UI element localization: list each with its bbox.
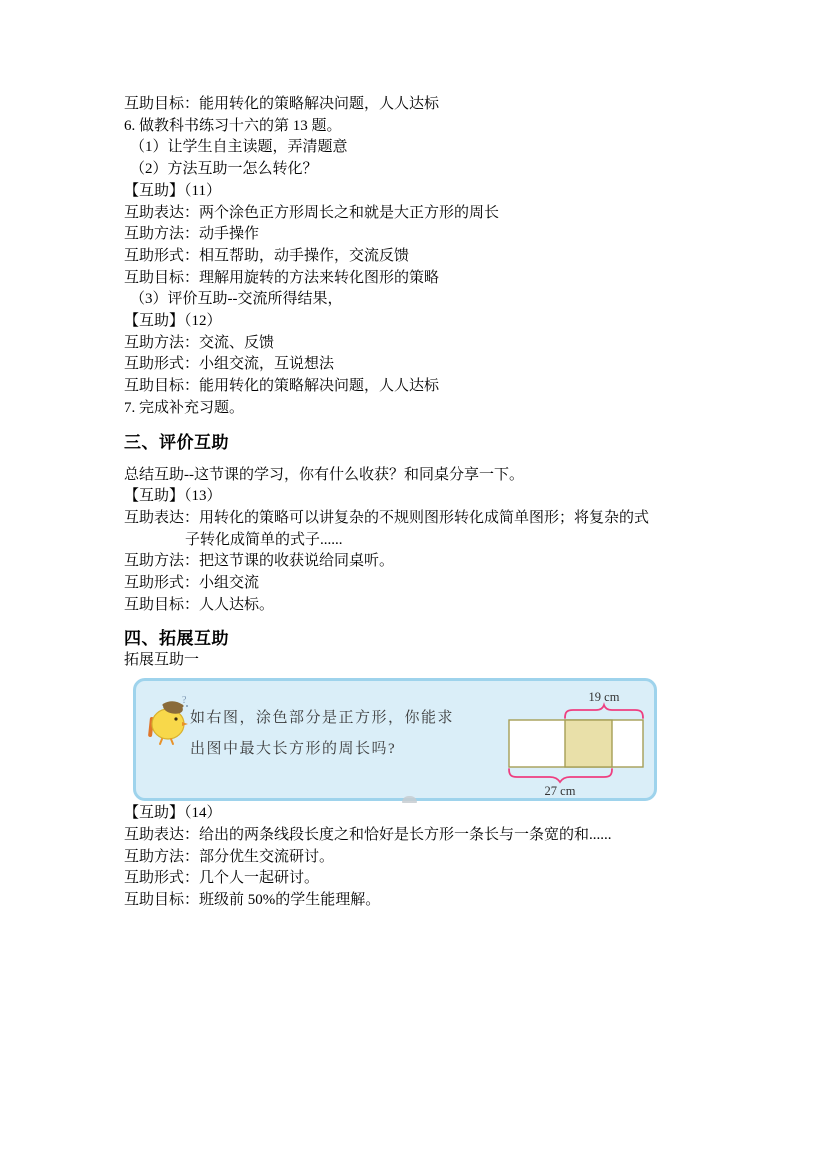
doc-line: 互助表达：用转化的策略可以讲复杂的不规则图形转化成简单图形；将复杂的式 xyxy=(124,508,710,530)
doc-line: 子转化成简单的式子...... xyxy=(124,530,710,552)
doc-line: 互助目标：能用转化的策略解决问题，人人达标 xyxy=(124,376,710,398)
document-page: 互助目标：能用转化的策略解决问题，人人达标6. 做教科书练习十六的第 13 题。… xyxy=(0,0,827,1170)
doc-line: 【互助】（11） xyxy=(124,181,710,203)
doc-line: （2）方法互助一怎么转化？ xyxy=(124,159,710,181)
figure-question-line2: 出图中最大长方形的周长吗? xyxy=(190,734,454,765)
doc-line: 6. 做教科书练习十六的第 13 题。 xyxy=(124,116,710,138)
section-heading: 四、拓展互助 xyxy=(124,628,710,650)
document-body: 互助目标：能用转化的策略解决问题，人人达标6. 做教科书练习十六的第 13 题。… xyxy=(124,94,710,912)
doc-line: 互助形式：相互帮助，动手操作，交流反馈 xyxy=(124,246,710,268)
scan-smudge xyxy=(402,796,417,803)
rectangle-diagram: 19 cm 27 cm xyxy=(508,687,648,799)
doc-line: 互助形式：几个人一起研讨。 xyxy=(124,868,710,890)
doc-line: 互助目标：能用转化的策略解决问题，人人达标 xyxy=(124,94,710,116)
bottom-dimension-label: 27 cm xyxy=(545,784,576,798)
section-heading: 三、评价互助 xyxy=(124,432,710,454)
doc-line: 【互助】（13） xyxy=(124,486,710,508)
figure-question: 如右图，涂色部分是正方形，你能求 出图中最大长方形的周长吗? xyxy=(190,703,454,765)
top-brace xyxy=(565,705,643,718)
doc-line: 互助形式：小组交流，互说想法 xyxy=(124,354,710,376)
svg-text:?: ? xyxy=(182,695,187,706)
doc-line: （3）评价互助--交流所得结果， xyxy=(124,289,710,311)
doc-line: （1）让学生自主读题，弄清题意 xyxy=(124,137,710,159)
doc-line: 互助形式：小组交流 xyxy=(124,573,710,595)
doc-line: 互助方法：动手操作 xyxy=(124,224,710,246)
exercise-figure-panel: ? 如右图，涂色部分是正方形，你能求 出图中最大长方形的周长吗? 19 cm 2… xyxy=(133,678,657,801)
chick-question-icon: ? xyxy=(144,693,190,747)
doc-line: 互助目标：班级前 50%的学生能理解。 xyxy=(124,890,710,912)
shaded-square xyxy=(565,720,612,767)
doc-line: 互助方法：部分优生交流研讨。 xyxy=(124,847,710,869)
doc-line: 互助目标：人人达标。 xyxy=(124,595,710,617)
doc-line: 互助表达：给出的两条线段长度之和恰好是长方形一条长与一条宽的和...... xyxy=(124,825,710,847)
bottom-brace xyxy=(509,769,612,782)
doc-line: 互助表达：两个涂色正方形周长之和就是大正方形的周长 xyxy=(124,203,710,225)
doc-line: 【互助】（12） xyxy=(124,311,710,333)
top-dimension-label: 19 cm xyxy=(589,690,620,704)
doc-line: 【互助】（14） xyxy=(124,803,710,825)
figure-question-line1: 如右图，涂色部分是正方形，你能求 xyxy=(190,703,454,734)
doc-line: 7. 完成补充习题。 xyxy=(124,398,710,420)
doc-line: 互助目标：理解用旋转的方法来转化图形的策略 xyxy=(124,268,710,290)
doc-line: 总结互助--这节课的学习，你有什么收获？和同桌分享一下。 xyxy=(124,465,710,487)
doc-line: 互助方法：交流、反馈 xyxy=(124,333,710,355)
doc-line: 拓展互助一 xyxy=(124,650,710,672)
doc-line: 互助方法：把这节课的收获说给同桌听。 xyxy=(124,551,710,573)
